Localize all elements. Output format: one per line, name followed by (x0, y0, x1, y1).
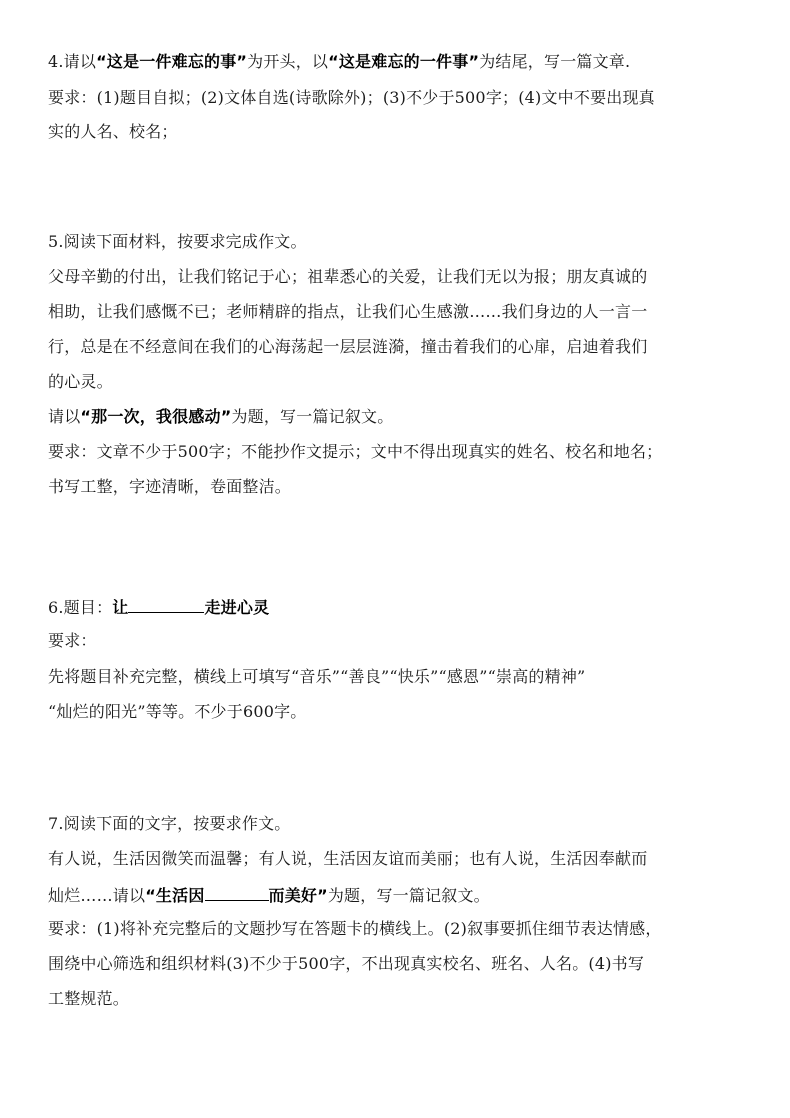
q6-line-3: 先将题目补充完整，横线上可填写“音乐”“善良”“快乐”“感恩”“崇高的精神” (48, 667, 585, 687)
essay-title: “那一次，我很感动” (80, 407, 231, 426)
question-number: 4. (48, 52, 64, 71)
essay-title-part: 而美好” (269, 886, 328, 905)
q5-line-2: 父母辛勤的付出，让我们铭记于心；祖辈悉心的关爱，让我们无以为报；朋友真诚的 (48, 267, 647, 287)
essay-title-part: “生活因 (145, 886, 204, 905)
essay-title-part: 走进心灵 (204, 598, 269, 617)
q5-line-3: 相助，让我们感慨不已；老师精辟的指点，让我们心生感激……我们身边的人一言一 (48, 302, 647, 322)
q4-line-3: 实的人名、校名； (48, 122, 178, 142)
q4-line-1: 4.请以“这是一件难忘的事”为开头，以“这是难忘的一件事”为结尾，写一篇文章. (48, 52, 630, 72)
q4-requirements: 要求：(1)题目自拟；(2)文体自选(诗歌除外)；(3)不少于500字；(4)文… (48, 88, 655, 108)
q7-line-5: 围绕中心筛选和组织材料(3)不少于500字，不出现真实校名、班名、人名。(4)书… (48, 954, 644, 974)
bold-quote: “这是难忘的一件事” (328, 52, 479, 71)
q6-title-line: 6.题目：让走进心灵 (48, 596, 269, 618)
bold-quote: “这是一件难忘的事” (96, 52, 247, 71)
q5-line-8: 书写工整，字迹清晰，卷面整洁。 (48, 477, 291, 497)
fill-in-blank (128, 596, 204, 613)
q7-line-6: 工整规范。 (48, 989, 129, 1009)
q5-prompt: 请以“那一次，我很感动”为题，写一篇记叙文。 (48, 407, 393, 427)
q7-requirements: 要求：(1)将补充完整后的文题抄写在答题卡的横线上。(2)叙事要抓住细节表达情感… (48, 919, 662, 939)
essay-title-part: 让 (112, 598, 128, 617)
question-number: 7. (48, 814, 64, 833)
q7-line-2: 有人说，生活因微笑而温馨；有人说，生活因友谊而美丽；也有人说，生活因奉献而 (48, 849, 647, 869)
q7-line-1: 7.阅读下面的文字，按要求作文。 (48, 814, 290, 834)
q5-line-1: 5.阅读下面材料，按要求完成作文。 (48, 232, 307, 252)
fill-in-blank (205, 884, 269, 901)
q7-prompt: 灿烂……请以“生活因而美好”为题，写一篇记叙文。 (48, 884, 490, 906)
q6-line-4: “灿烂的阳光”等等。不少于600字。 (48, 702, 307, 722)
question-number: 5. (48, 232, 64, 251)
question-number: 6. (48, 598, 64, 617)
q5-line-5: 的心灵。 (48, 372, 113, 392)
q5-requirements: 要求：文章不少于500字；不能抄作文提示；文中不得出现真实的姓名、校名和地名； (48, 442, 662, 462)
q5-line-4: 行，总是在不经意间在我们的心海荡起一层层涟漪，撞击着我们的心扉，启迪着我们 (48, 337, 647, 357)
q6-requirements-label: 要求： (48, 631, 97, 651)
